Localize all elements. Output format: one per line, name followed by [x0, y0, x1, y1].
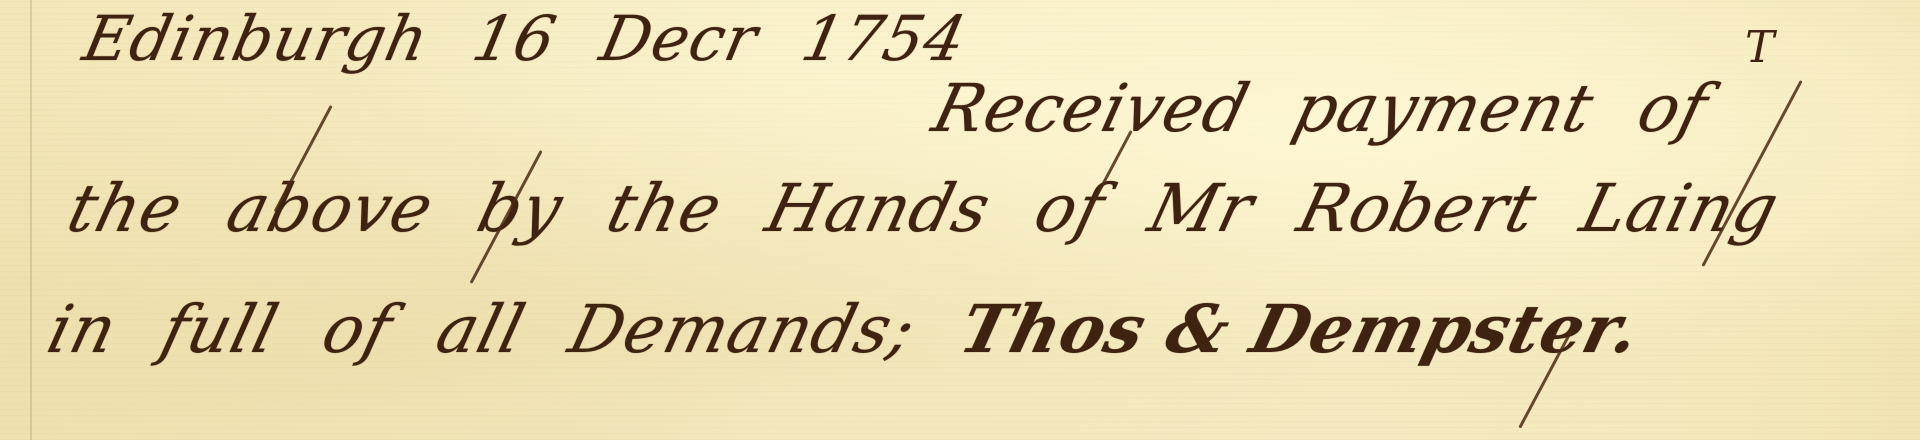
body-line-2: in full of all Demands; Thos & Dempster.	[40, 290, 1674, 368]
word: Demands;	[562, 291, 924, 368]
word: by	[470, 170, 571, 247]
corner-mark: T	[1745, 22, 1774, 73]
document-page: T Edinburgh 16 Decr 1754 Received paymen…	[0, 0, 1920, 440]
dateline: Edinburgh 16 Decr 1754	[77, 2, 999, 75]
signature: Thos & Dempster.	[953, 290, 1649, 368]
word: all	[429, 291, 533, 368]
payer-last-name: Laing	[1573, 170, 1786, 247]
received-line: Received payment of	[925, 70, 1741, 147]
word: of	[1027, 170, 1112, 247]
word: the	[60, 170, 190, 247]
word: Mr	[1141, 170, 1261, 247]
word: full	[154, 291, 286, 368]
payer-first-name: Robert	[1291, 170, 1545, 247]
word: above	[219, 170, 441, 247]
word-of: of	[1630, 70, 1715, 147]
word: Hands	[759, 170, 999, 247]
word-year: 1754	[796, 2, 973, 75]
word: in	[40, 291, 125, 368]
margin-rule	[30, 0, 32, 440]
word-month: Decr	[594, 2, 764, 75]
word: of	[315, 291, 400, 368]
word: the	[600, 170, 730, 247]
body-line-1: the above by the Hands of Mr Robert Lain…	[60, 170, 1812, 247]
word-day: 16	[467, 2, 563, 75]
word-payment: payment	[1286, 70, 1602, 147]
word-received: Received	[925, 70, 1257, 147]
word-place: Edinburgh	[77, 2, 435, 75]
